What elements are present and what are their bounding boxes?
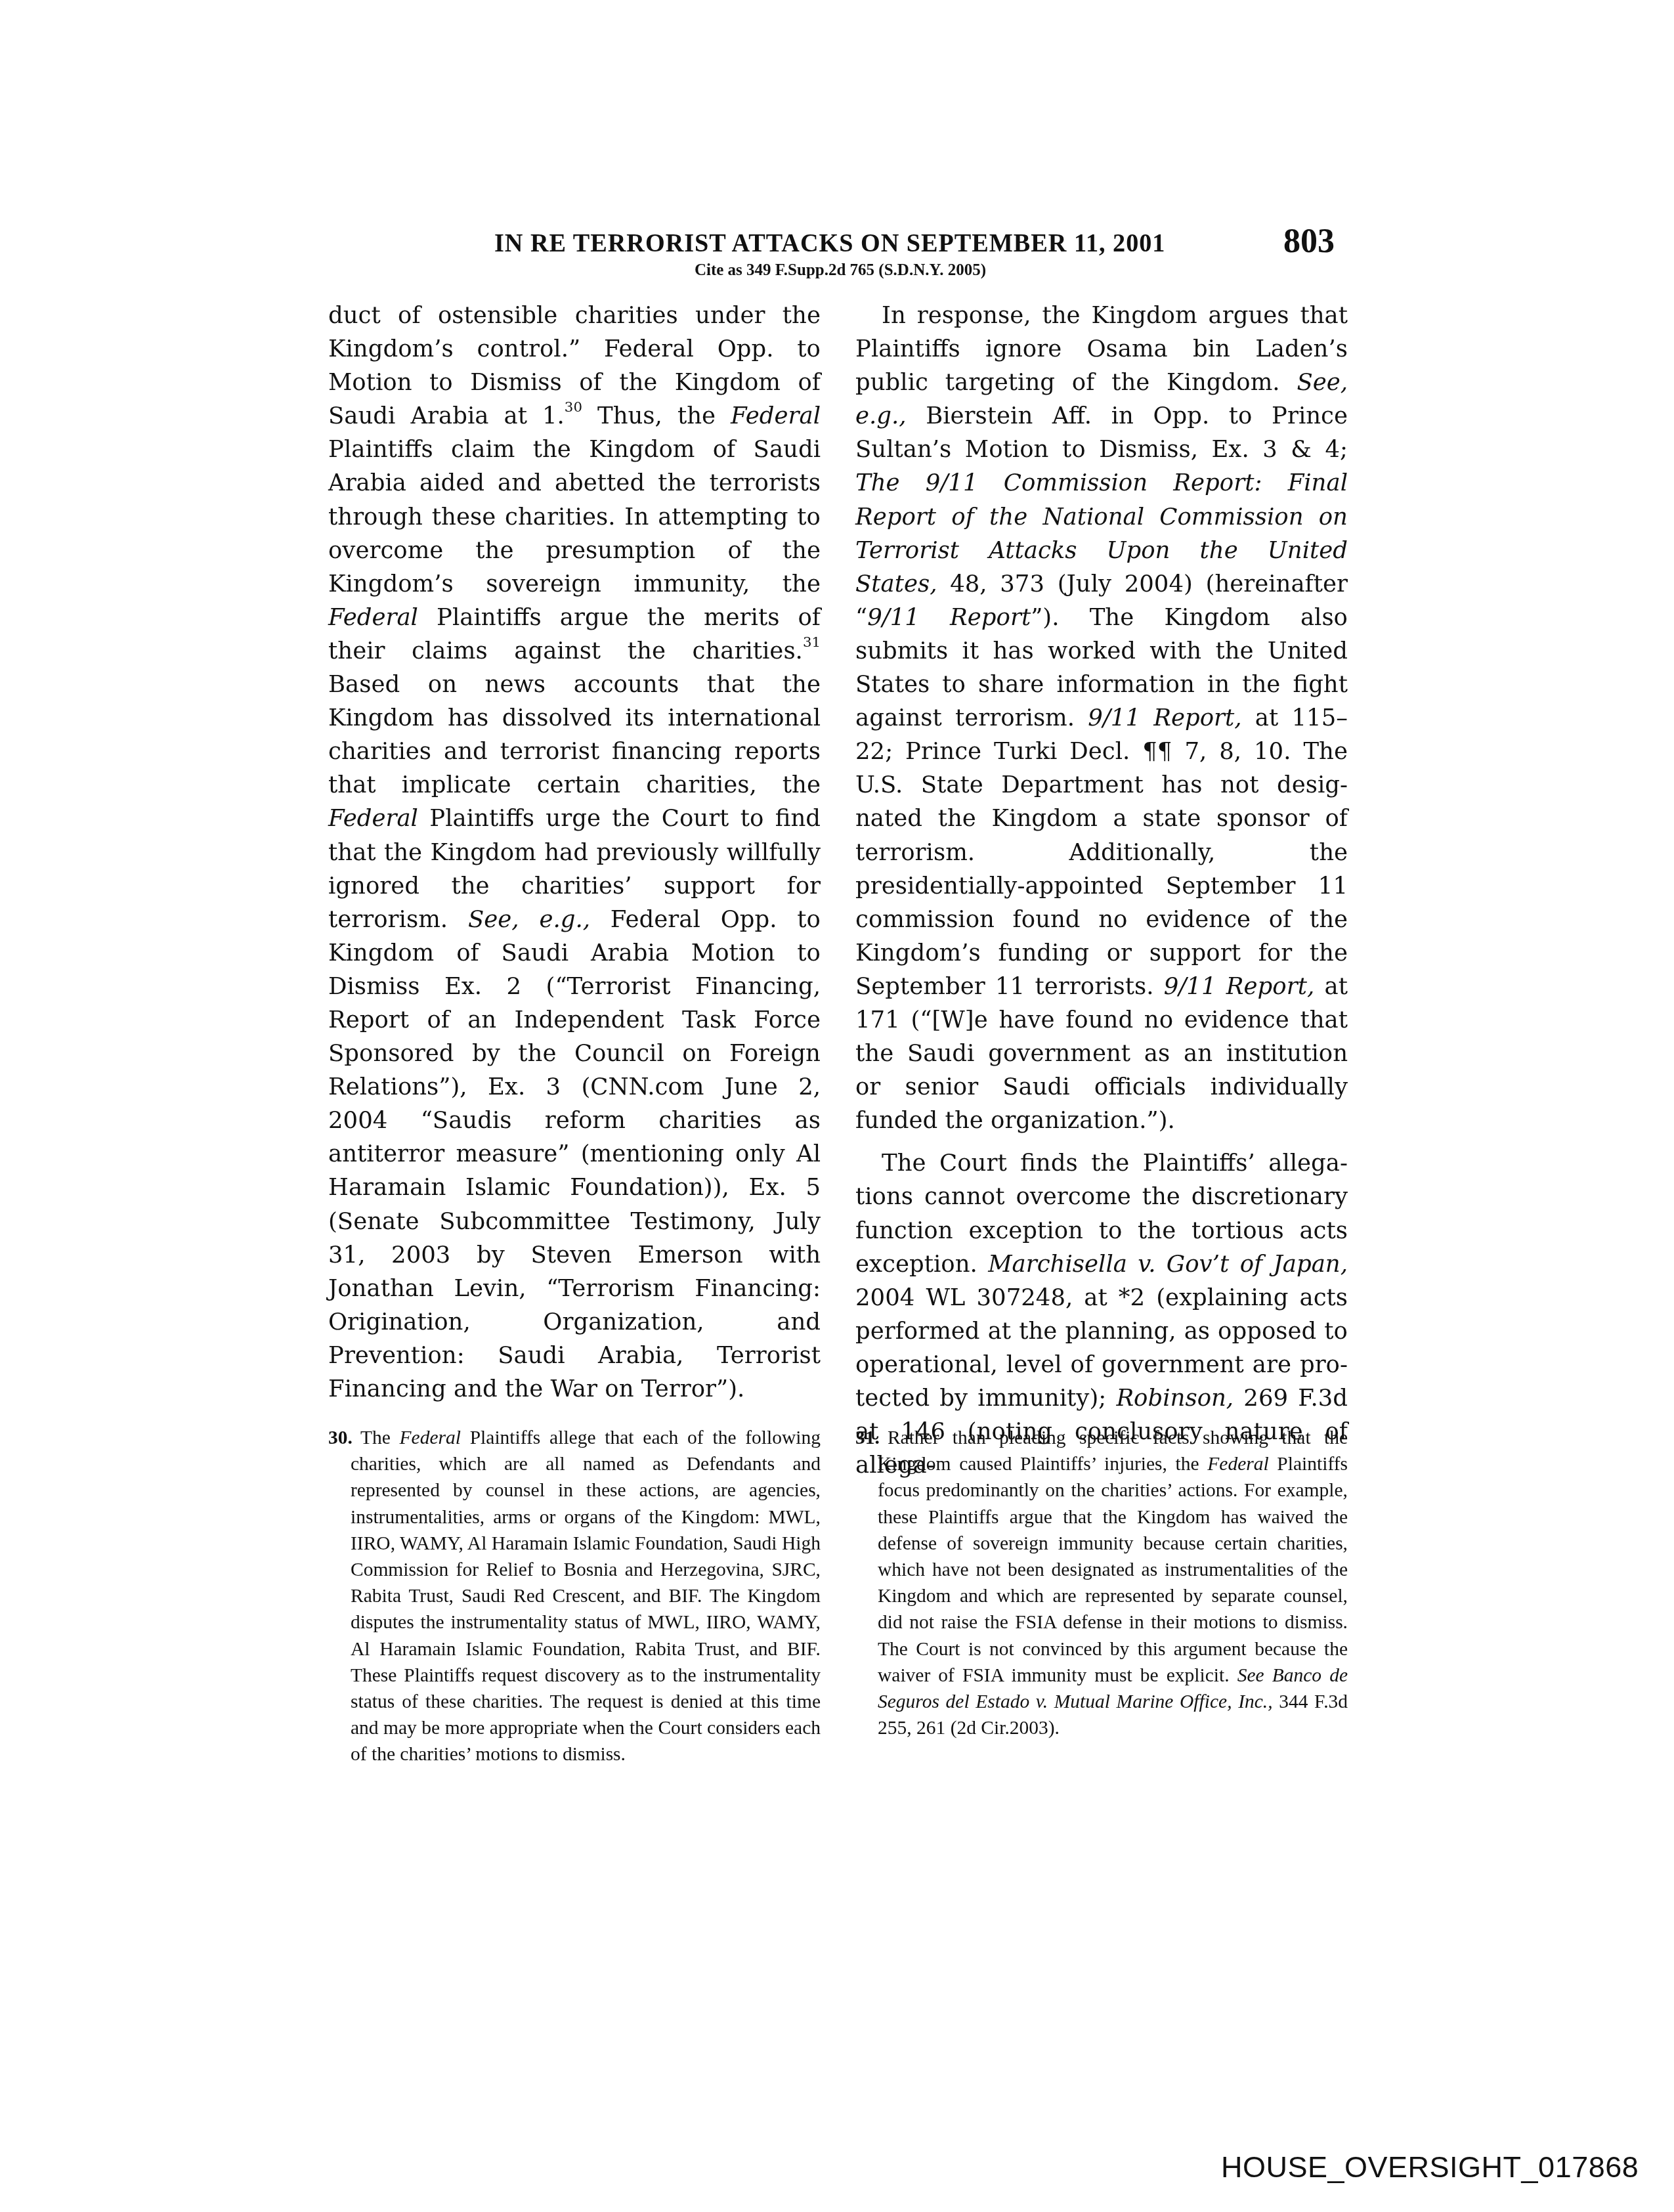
running-header-citation: Cite as 349 F.Supp.2d 765 (S.D.N.Y. 2005… [643,261,1037,280]
italic-text: Marchisella v. Gov’t of Japan, [988,1251,1348,1278]
text: Bier­stein Aff. in Opp. to Prince Sultan… [855,402,1348,463]
footnote-ref-30[interactable]: 30 [565,399,582,416]
italic-text: Federal [400,1427,461,1448]
left-column: duct of ostensible charities under the K… [328,299,821,1406]
italic-text: 9/11 Report [867,604,1031,631]
footnote-text: 30.The Federal Plaintiffs allege that ea… [328,1425,821,1768]
italic-text: Federal [731,402,821,429]
paragraph: duct of ostensible charities under the K… [328,299,821,1406]
footnote-number: 31. [855,1427,880,1448]
italic-text: Robinson, [1116,1385,1234,1412]
page-number: 803 [1283,222,1335,261]
italic-text: 9/11 Report, [1164,973,1314,1000]
italic-text: Federal [1207,1454,1268,1475]
running-header-title: IN RE TERRORIST ATTACKS ON SEPTEMBER 11,… [483,228,1177,258]
right-column: In response, the Kingdom argues that Pla… [855,299,1348,1482]
footnote-number: 30. [328,1427,353,1448]
footnote-30: 30.The Federal Plaintiffs allege that ea… [328,1425,821,1768]
text: Plaintiffs focus predominant­ly on the c… [878,1454,1348,1686]
text: The [360,1427,400,1448]
paragraph: In response, the Kingdom argues that Pla… [855,299,1348,1137]
text: In response, the Kingdom argues that Pla… [855,302,1348,396]
footnote-31: 31.Rather than pleading specific facts s… [855,1425,1348,1741]
text: Thus, the [582,402,731,429]
footnote-text: 31.Rather than pleading specific facts s… [855,1425,1348,1741]
text: Federal Opp. to Kingdom of Saudi Arabia … [328,906,821,1402]
footnote-ref-31[interactable]: 31 [803,634,821,651]
text: at 115–22; Prince Turki Decl. ¶¶ 7, 8, 1… [855,705,1348,1000]
text: Based on news accounts that the Kingdom … [328,671,821,798]
text: Plaintiffs claim the Kingdom of Saudi Ar… [328,436,821,597]
text: Plaintiffs allege that each of the follo… [351,1427,821,1765]
italic-text: Federal [328,604,418,631]
bates-stamp: HOUSE_OVERSIGHT_017868 [1221,2150,1639,2184]
italic-text: See, e.g., [468,906,590,933]
italic-text: 9/11 Report, [1088,705,1241,731]
italic-text: Feder­al [328,805,418,832]
